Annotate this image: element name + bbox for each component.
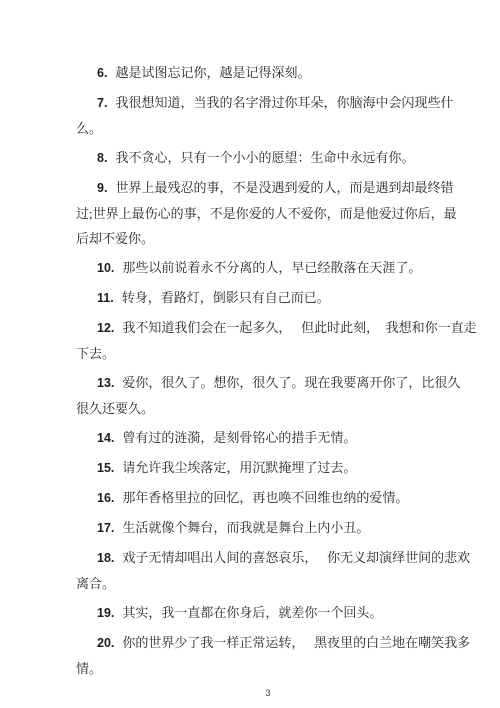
quote-item: 9.世界上最残忍的事，不是没遇到爱的人，而是遇到却最终错过;世界上最伤心的事，不… [76, 175, 460, 251]
item-number: 7. [97, 96, 107, 110]
quote-item: 13.爱你，很久了。想你，很久了。现在我要离开你了，比很久很久还要久。 [76, 370, 460, 421]
quote-line: 生活就像个舞台，而我就是舞台上内小丑。 [122, 520, 369, 535]
quote-item: 6.越是试图忘记你，越是记得深刻。 [76, 60, 460, 86]
quote-line: 爱你，很久了。想你，很久了。现在我要离开你了，比很久 [122, 375, 460, 390]
quote-line: 请允许我尘埃落定，用沉默掩埋了过去。 [122, 460, 356, 475]
item-number: 8. [97, 151, 107, 165]
quote-line: 下去。 [76, 346, 115, 361]
quote-item: 17.生活就像个舞台，而我就是舞台上内小丑。 [76, 515, 460, 541]
quote-item: 19.其实，我一直都在你身后，就差你一个回头。 [76, 600, 460, 626]
item-number: 15. [97, 461, 114, 475]
quote-item: 14.曾有过的涟漪，是刻骨铭心的措手无情。 [76, 425, 460, 451]
quote-line: 情。 [76, 661, 102, 676]
quote-line: 过;世界上最伤心的事，不是你爱的人不爱你，而是他爱过你后，最 [76, 206, 457, 221]
quote-item: 7.我很想知道，当我的名字滑过你耳朵，你脑海中会闪现些什么。 [76, 90, 460, 141]
item-number: 13. [97, 376, 114, 390]
quote-line: 越是试图忘记你，越是记得深刻。 [115, 65, 310, 80]
quote-item: 18.戏子无情却唱出人间的喜怒哀乐， 你无义却演绎世间的悲欢离合。 [76, 545, 460, 596]
item-number: 11. [97, 291, 114, 305]
item-number: 19. [97, 606, 114, 620]
quote-item: 10.那些以前说着永不分离的人，早已经散落在天涯了。 [76, 255, 460, 281]
item-number: 10. [97, 261, 114, 275]
quote-line: 你的世界少了我一样正常运转， 黑夜里的白兰地在嘲笑我多 [122, 635, 470, 650]
quote-line: 转身，看路灯，倒影只有自己而已。 [122, 290, 330, 305]
quote-line: 后却不爱你。 [76, 231, 154, 246]
item-number: 18. [97, 551, 114, 565]
quote-line: 我不知道我们会在一起多久， 但此时此刻， 我想和你一直走 [122, 320, 476, 335]
quote-line: 其实，我一直都在你身后，就差你一个回头。 [122, 605, 382, 620]
quote-line: 么。 [76, 121, 102, 136]
quote-line: 我不贪心，只有一个小小的愿望：生命中永远有你。 [115, 150, 414, 165]
quote-line: 那年香格里拉的回忆，再也唤不回维也纳的爱情。 [122, 490, 408, 505]
quote-item: 12.我不知道我们会在一起多久， 但此时此刻， 我想和你一直走下去。 [76, 315, 460, 366]
item-number: 20. [97, 636, 114, 650]
quote-item: 8.我不贪心，只有一个小小的愿望：生命中永远有你。 [76, 145, 460, 171]
item-number: 9. [97, 181, 107, 195]
quote-item: 11.转身，看路灯，倒影只有自己而已。 [76, 285, 460, 311]
item-number: 12. [97, 321, 114, 335]
quote-line: 戏子无情却唱出人间的喜怒哀乐， 你无义却演绎世间的悲欢 [122, 550, 470, 565]
quote-line: 离合。 [76, 576, 115, 591]
quote-item: 15.请允许我尘埃落定，用沉默掩埋了过去。 [76, 455, 460, 481]
item-number: 16. [97, 491, 114, 505]
quote-line: 我很想知道，当我的名字滑过你耳朵，你脑海中会闪现些什 [115, 95, 453, 110]
quote-item: 20.你的世界少了我一样正常运转， 黑夜里的白兰地在嘲笑我多情。 [76, 630, 460, 681]
quote-line: 曾有过的涟漪，是刻骨铭心的措手无情。 [122, 430, 356, 445]
item-number: 6. [97, 66, 107, 80]
quote-line: 世界上最残忍的事，不是没遇到爱的人，而是遇到却最终错 [115, 180, 453, 195]
quote-item: 16.那年香格里拉的回忆，再也唤不回维也纳的爱情。 [76, 485, 460, 511]
quote-line: 那些以前说着永不分离的人，早已经散落在天涯了。 [122, 260, 421, 275]
quote-list: 6.越是试图忘记你，越是记得深刻。7.我很想知道，当我的名字滑过你耳朵，你脑海中… [76, 60, 460, 681]
item-number: 14. [97, 431, 114, 445]
item-number: 17. [97, 521, 114, 535]
quote-line: 很久还要久。 [76, 401, 154, 416]
document-page: 6.越是试图忘记你，越是记得深刻。7.我很想知道，当我的名字滑过你耳朵，你脑海中… [0, 0, 500, 708]
page-number: 3 [76, 687, 460, 699]
